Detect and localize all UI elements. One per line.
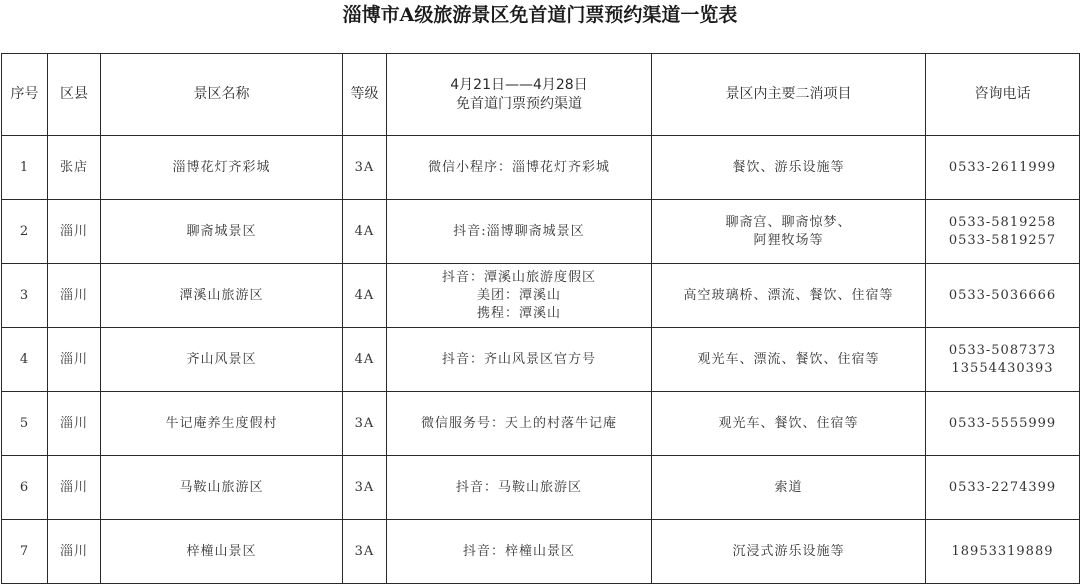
cell-channel: 抖音：齐山风景区官方号 <box>387 328 652 392</box>
table-body: 1 张店 淄博花灯齐彩城 3A 微信小程序：淄博花灯齐彩城 餐饮、游乐设施等 0… <box>2 136 1080 584</box>
header-phone: 咨询电话 <box>926 54 1080 136</box>
cell-phone: 0533-2274399 <box>926 456 1080 520</box>
cell-index: 4 <box>2 328 48 392</box>
cell-grade: 3A <box>343 520 387 584</box>
cell-phone: 0533-5087373 13554430393 <box>926 328 1080 392</box>
cell-index: 1 <box>2 136 48 200</box>
table-row: 6 淄川 马鞍山旅游区 3A 抖音：马鞍山旅游区 索道 0533-2274399 <box>2 456 1080 520</box>
cell-extras: 高空玻璃桥、漂流、餐饮、住宿等 <box>652 264 926 328</box>
cell-grade: 4A <box>343 328 387 392</box>
document-title: 淄博市A级旅游景区免首道门票预约渠道一览表 <box>0 0 1080 32</box>
cell-extras: 餐饮、游乐设施等 <box>652 136 926 200</box>
header-channel: 4月21日——4月28日 免首道门票预约渠道 <box>387 54 652 136</box>
header-row: 序号 区县 景区名称 等级 4月21日——4月28日 免首道门票预约渠道 景区内… <box>2 54 1080 136</box>
cell-name: 牛记庵养生度假村 <box>101 392 343 456</box>
channel-line: 抖音：潭溪山旅游度假区 <box>387 269 651 287</box>
cell-name: 淄博花灯齐彩城 <box>101 136 343 200</box>
extras-line: 沉浸式游乐设施等 <box>652 543 925 561</box>
phone-number: 0533-5087373 <box>926 342 1079 360</box>
cell-phone: 0533-2611999 <box>926 136 1080 200</box>
scenic-area-table: 序号 区县 景区名称 等级 4月21日——4月28日 免首道门票预约渠道 景区内… <box>1 53 1080 584</box>
cell-grade: 3A <box>343 392 387 456</box>
phone-number: 0533-2611999 <box>926 159 1079 177</box>
extras-line: 餐饮、游乐设施等 <box>652 159 925 177</box>
header-extras: 景区内主要二消项目 <box>652 54 926 136</box>
header-channel-dates: 4月21日——4月28日 <box>387 76 651 95</box>
cell-name: 潭溪山旅游区 <box>101 264 343 328</box>
cell-channel: 抖音：梓橦山景区 <box>387 520 652 584</box>
phone-number: 0533-5819257 <box>926 232 1079 250</box>
channel-line: 抖音：马鞍山旅游区 <box>387 479 651 497</box>
header-index: 序号 <box>2 54 48 136</box>
cell-district: 淄川 <box>48 264 101 328</box>
cell-channel: 抖音:淄博聊斋城景区 <box>387 200 652 264</box>
cell-extras: 观光车、漂流、餐饮、住宿等 <box>652 328 926 392</box>
channel-line: 微信小程序：淄博花灯齐彩城 <box>387 159 651 177</box>
extras-line: 观光车、漂流、餐饮、住宿等 <box>652 351 925 369</box>
cell-extras: 聊斋宫、聊斋惊梦、 阿狸牧场等 <box>652 200 926 264</box>
extras-line: 聊斋宫、聊斋惊梦、 <box>652 214 925 232</box>
cell-index: 5 <box>2 392 48 456</box>
cell-grade: 4A <box>343 264 387 328</box>
cell-district: 淄川 <box>48 200 101 264</box>
phone-number: 0533-5036666 <box>926 287 1079 305</box>
cell-channel: 抖音：潭溪山旅游度假区 美团：潭溪山 携程：潭溪山 <box>387 264 652 328</box>
cell-grade: 4A <box>343 200 387 264</box>
cell-extras: 沉浸式游乐设施等 <box>652 520 926 584</box>
cell-channel: 微信服务号：天上的村落牛记庵 <box>387 392 652 456</box>
table-row: 1 张店 淄博花灯齐彩城 3A 微信小程序：淄博花灯齐彩城 餐饮、游乐设施等 0… <box>2 136 1080 200</box>
phone-number: 0533-5555999 <box>926 415 1079 433</box>
extras-line: 阿狸牧场等 <box>652 232 925 250</box>
table-row: 5 淄川 牛记庵养生度假村 3A 微信服务号：天上的村落牛记庵 观光车、餐饮、住… <box>2 392 1080 456</box>
cell-channel: 微信小程序：淄博花灯齐彩城 <box>387 136 652 200</box>
cell-phone: 0533-5555999 <box>926 392 1080 456</box>
table-row: 2 淄川 聊斋城景区 4A 抖音:淄博聊斋城景区 聊斋宫、聊斋惊梦、 阿狸牧场等… <box>2 200 1080 264</box>
channel-line: 美团：潭溪山 <box>387 287 651 305</box>
cell-name: 齐山风景区 <box>101 328 343 392</box>
cell-name: 聊斋城景区 <box>101 200 343 264</box>
cell-name: 马鞍山旅游区 <box>101 456 343 520</box>
header-district: 区县 <box>48 54 101 136</box>
header-name: 景区名称 <box>101 54 343 136</box>
cell-name: 梓橦山景区 <box>101 520 343 584</box>
extras-line: 高空玻璃桥、漂流、餐饮、住宿等 <box>652 287 925 305</box>
table-row: 7 淄川 梓橦山景区 3A 抖音：梓橦山景区 沉浸式游乐设施等 18953319… <box>2 520 1080 584</box>
cell-district: 淄川 <box>48 520 101 584</box>
table-row: 4 淄川 齐山风景区 4A 抖音：齐山风景区官方号 观光车、漂流、餐饮、住宿等 … <box>2 328 1080 392</box>
cell-extras: 观光车、餐饮、住宿等 <box>652 392 926 456</box>
cell-district: 淄川 <box>48 328 101 392</box>
cell-index: 6 <box>2 456 48 520</box>
header-channel-label: 免首道门票预约渠道 <box>387 95 651 114</box>
cell-district: 淄川 <box>48 456 101 520</box>
extras-line: 观光车、餐饮、住宿等 <box>652 415 925 433</box>
phone-number: 18953319889 <box>926 543 1079 561</box>
cell-district: 淄川 <box>48 392 101 456</box>
cell-phone: 0533-5036666 <box>926 264 1080 328</box>
cell-grade: 3A <box>343 456 387 520</box>
channel-line: 抖音:淄博聊斋城景区 <box>387 223 651 241</box>
extras-line: 索道 <box>652 479 925 497</box>
cell-index: 3 <box>2 264 48 328</box>
phone-number: 0533-5819258 <box>926 214 1079 232</box>
channel-line: 抖音：齐山风景区官方号 <box>387 351 651 369</box>
cell-index: 2 <box>2 200 48 264</box>
cell-district: 张店 <box>48 136 101 200</box>
cell-channel: 抖音：马鞍山旅游区 <box>387 456 652 520</box>
cell-phone: 0533-5819258 0533-5819257 <box>926 200 1080 264</box>
cell-index: 7 <box>2 520 48 584</box>
phone-number: 13554430393 <box>926 360 1079 378</box>
cell-grade: 3A <box>343 136 387 200</box>
channel-line: 微信服务号：天上的村落牛记庵 <box>387 415 651 433</box>
cell-extras: 索道 <box>652 456 926 520</box>
phone-number: 0533-2274399 <box>926 479 1079 497</box>
table-row: 3 淄川 潭溪山旅游区 4A 抖音：潭溪山旅游度假区 美团：潭溪山 携程：潭溪山… <box>2 264 1080 328</box>
channel-line: 携程：潭溪山 <box>387 305 651 323</box>
channel-line: 抖音：梓橦山景区 <box>387 543 651 561</box>
header-grade: 等级 <box>343 54 387 136</box>
cell-phone: 18953319889 <box>926 520 1080 584</box>
